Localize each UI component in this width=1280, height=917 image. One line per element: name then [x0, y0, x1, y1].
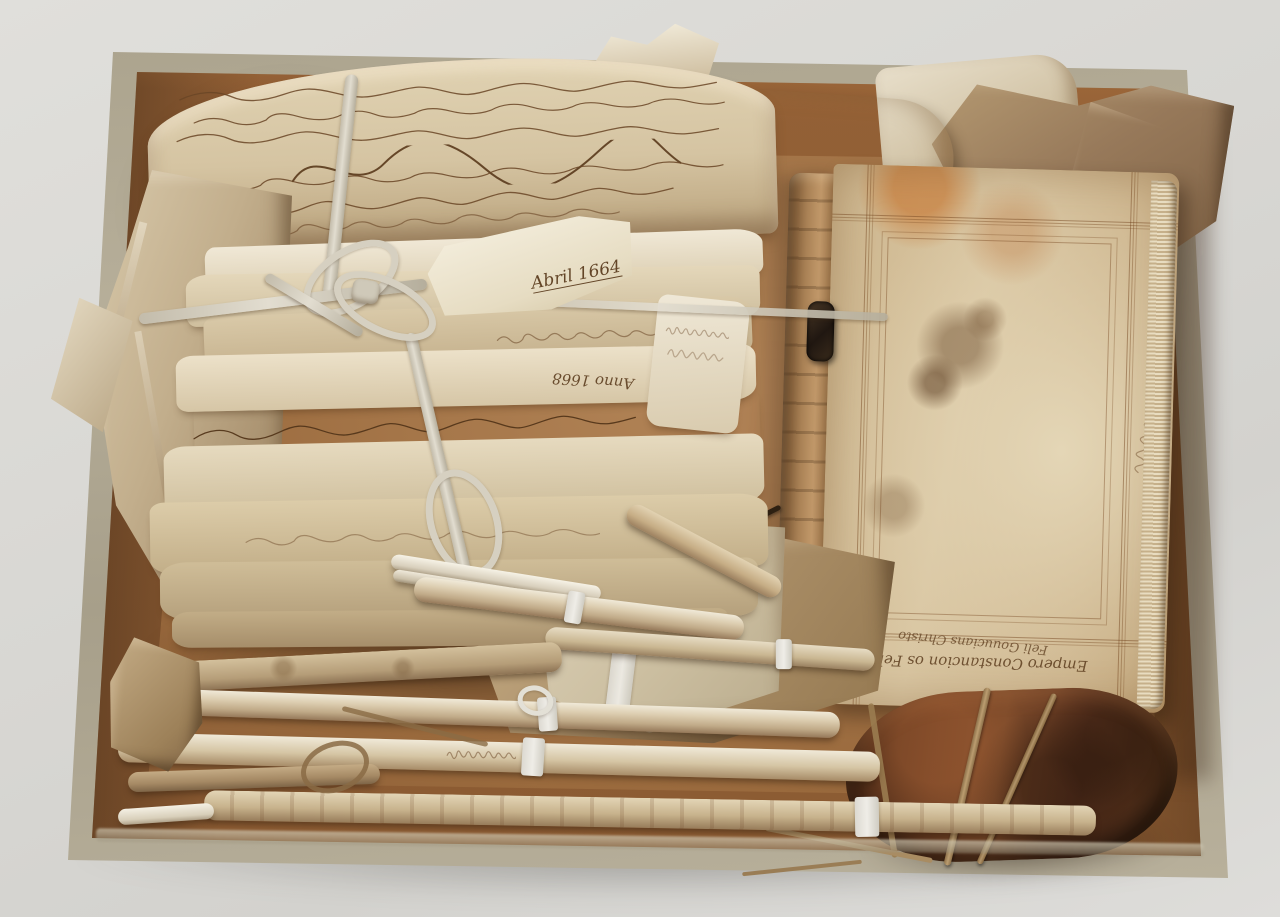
archive-photo-scene: Empero Constancion os Felipe Feli Gouuci… — [0, 0, 1280, 917]
book-rule-top — [832, 214, 1178, 225]
book-inner-frame — [877, 237, 1111, 619]
book-rule-right — [1117, 172, 1133, 712]
book-clasp-top — [806, 301, 835, 362]
